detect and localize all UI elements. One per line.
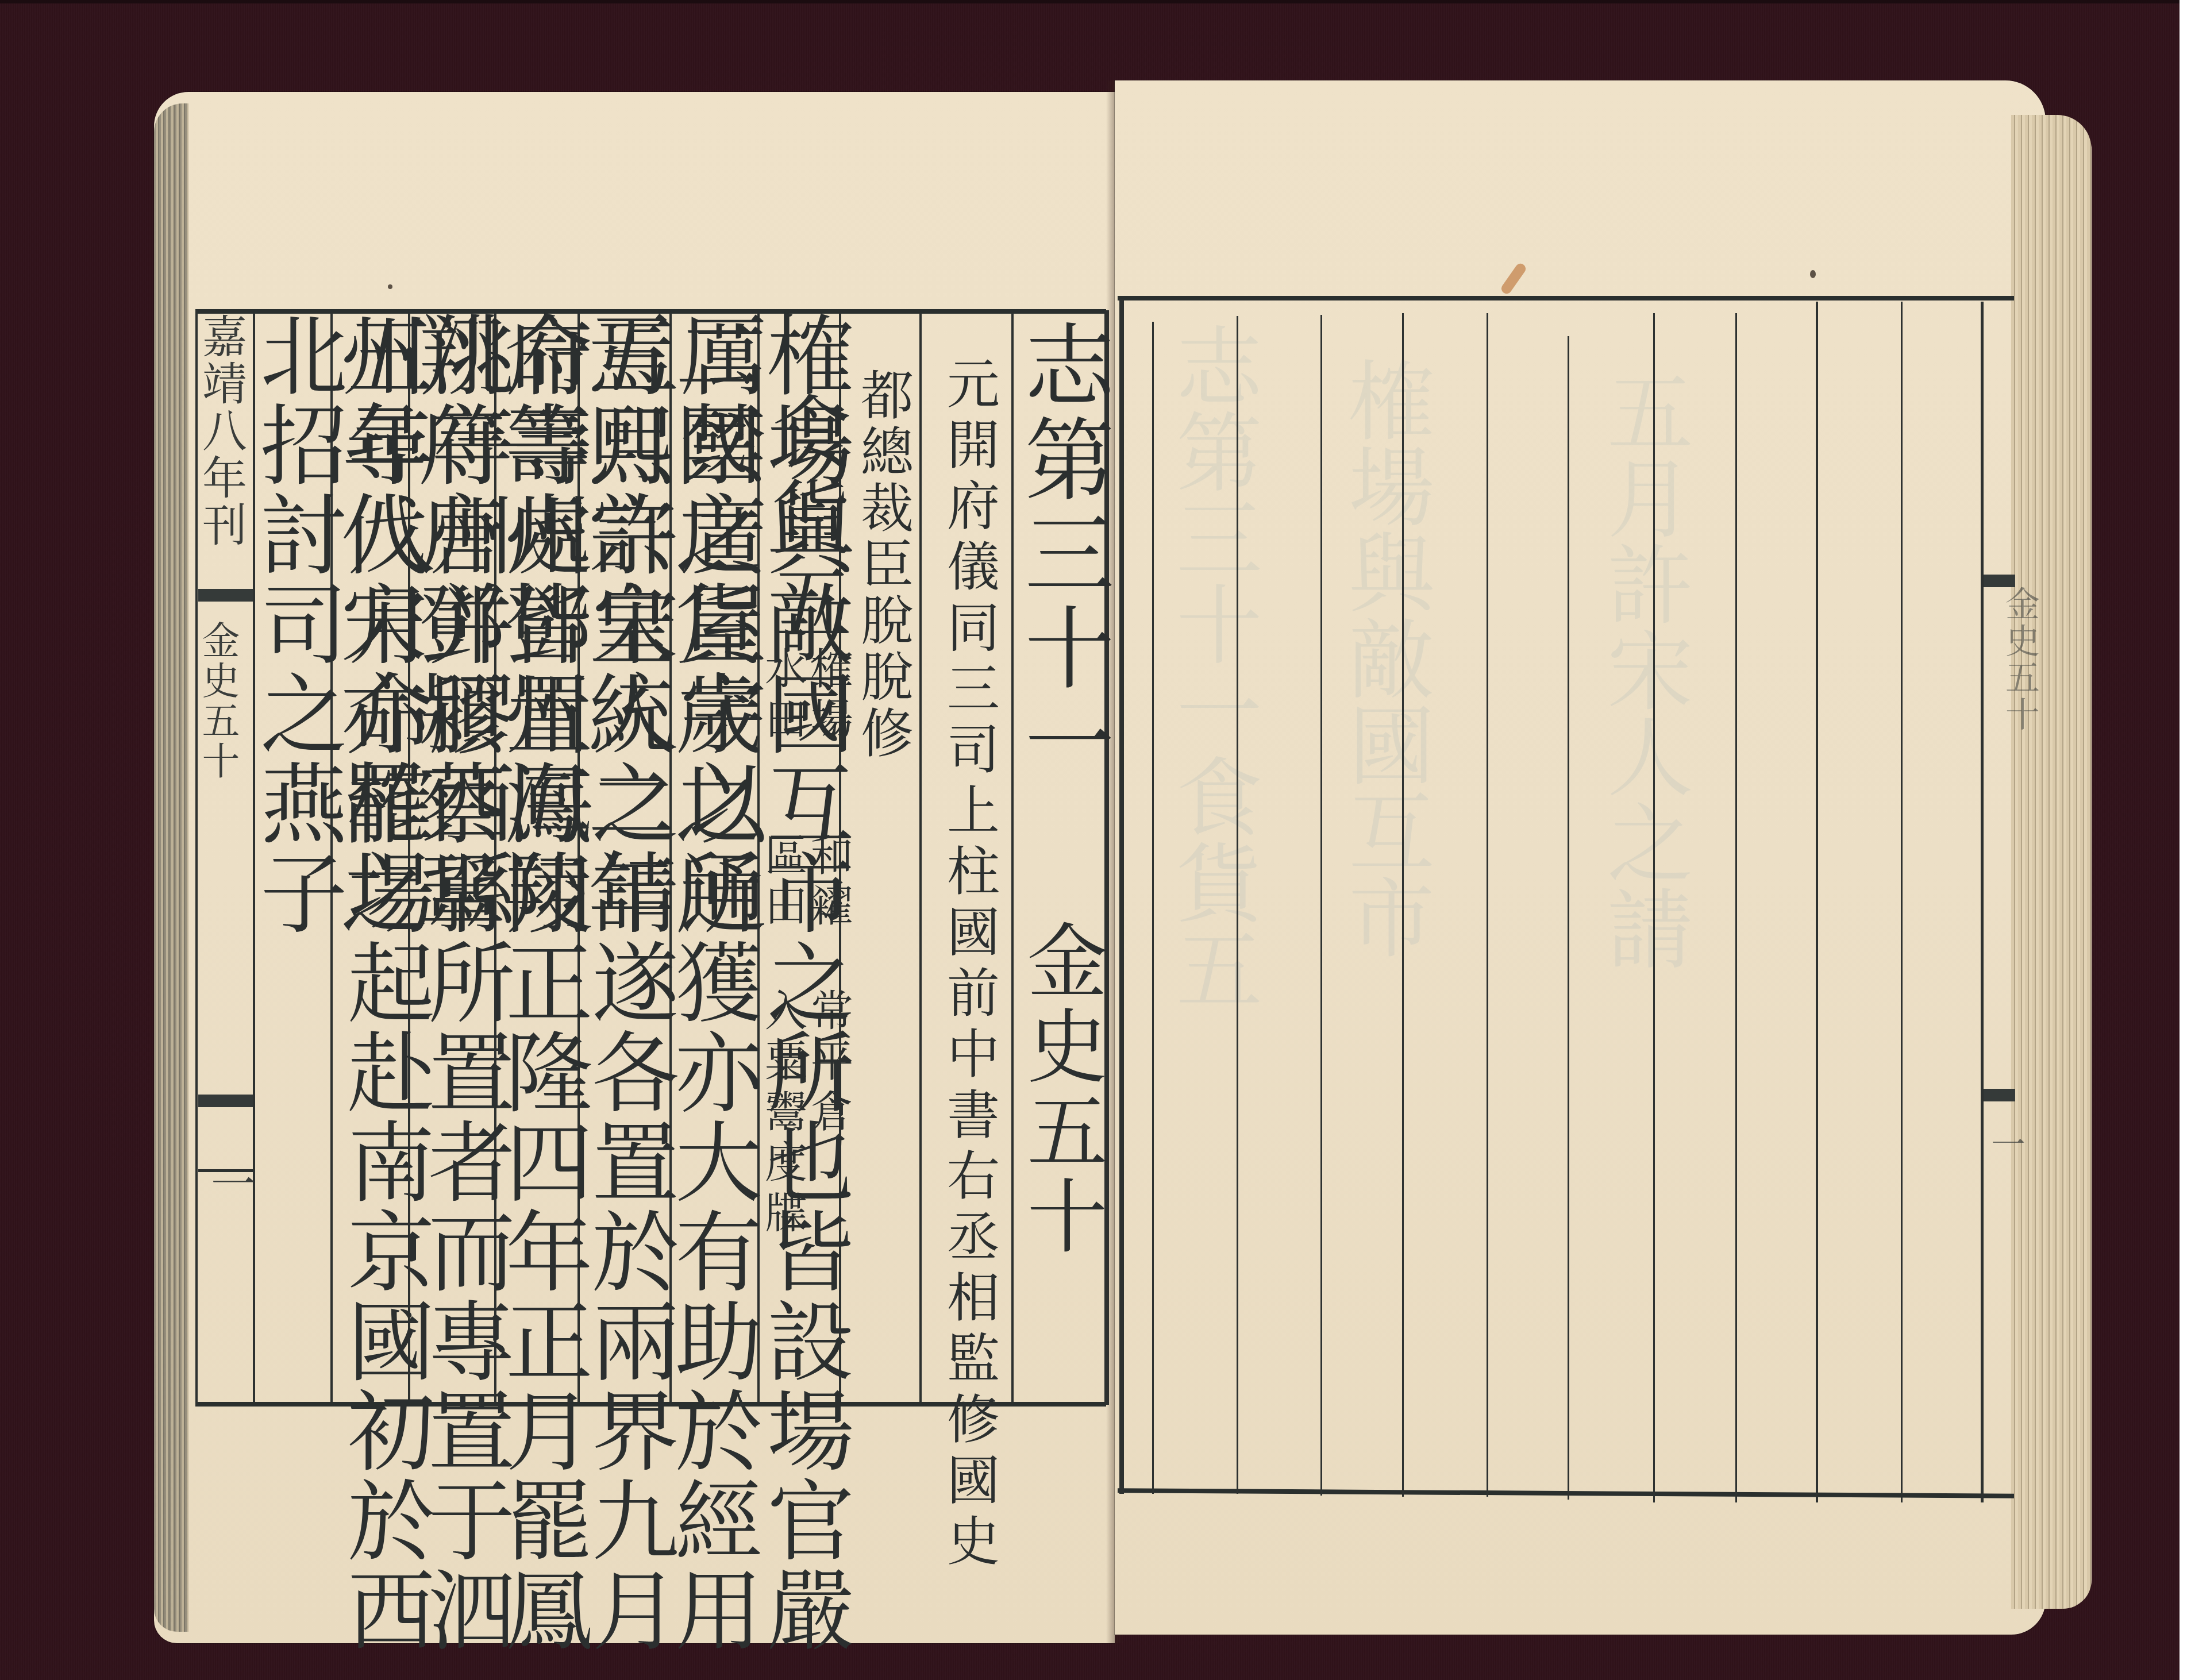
column-rule	[1653, 313, 1655, 1502]
fishtail-mark-lower	[1984, 1089, 2015, 1101]
right-edge-volume-fragment: 金史五十	[2003, 586, 2037, 733]
fishtail-mark-lower	[198, 1095, 253, 1107]
compiler-name-line: 都總裁臣脫脫修	[856, 368, 909, 762]
right-frame-outer-border	[1981, 302, 1984, 1502]
column-rule	[1487, 313, 1488, 1497]
leaf-number: 一	[207, 1161, 252, 1208]
column-rule	[1901, 302, 1903, 1502]
column-rule	[1320, 315, 1322, 1496]
show-through-text: 志第三十一食貨五	[1149, 322, 1273, 1011]
left-fore-edge	[154, 103, 188, 1632]
column-rule	[1568, 336, 1569, 1500]
show-through-text: 榷場與敵國互市	[1322, 356, 1446, 960]
margin-rule	[198, 1169, 253, 1172]
paper-speck	[388, 284, 392, 289]
volume-label: 金史五十	[198, 621, 236, 781]
edition-label: 嘉靖八年刊	[198, 313, 243, 549]
chapter-heading: 志第三十一	[1017, 319, 1107, 790]
scan-edge-top	[0, 0, 2191, 3]
show-through-text: 五月許宋人之請	[1580, 368, 1704, 971]
paper-speck	[1810, 270, 1816, 278]
scan-edge-right	[2180, 0, 2191, 1680]
right-edge-leaf-fragment: 一	[1988, 1126, 2023, 1163]
body-column-6: 五年八月命榷場起赴南京國初於西北招討司之燕子	[253, 310, 428, 1680]
column-rule	[1816, 302, 1818, 1502]
fishtail-mark-upper	[198, 589, 253, 602]
fishtail-mark-upper	[1984, 575, 2015, 587]
compiler-title-line: 元開府儀同三司上柱國前中書右丞相監修國史	[942, 356, 995, 1574]
column-rule	[1402, 313, 1404, 1497]
right-frame-top-border	[1118, 296, 2014, 300]
column-rule	[1152, 322, 1154, 1494]
column-rule	[1735, 313, 1737, 1502]
right-fore-edge	[2011, 115, 2092, 1609]
book-volume-title: 金史五十	[1020, 919, 1100, 1259]
column-rule	[919, 313, 922, 1402]
right-frame-inner-border	[1119, 299, 1124, 1494]
column-rule	[1237, 316, 1238, 1494]
